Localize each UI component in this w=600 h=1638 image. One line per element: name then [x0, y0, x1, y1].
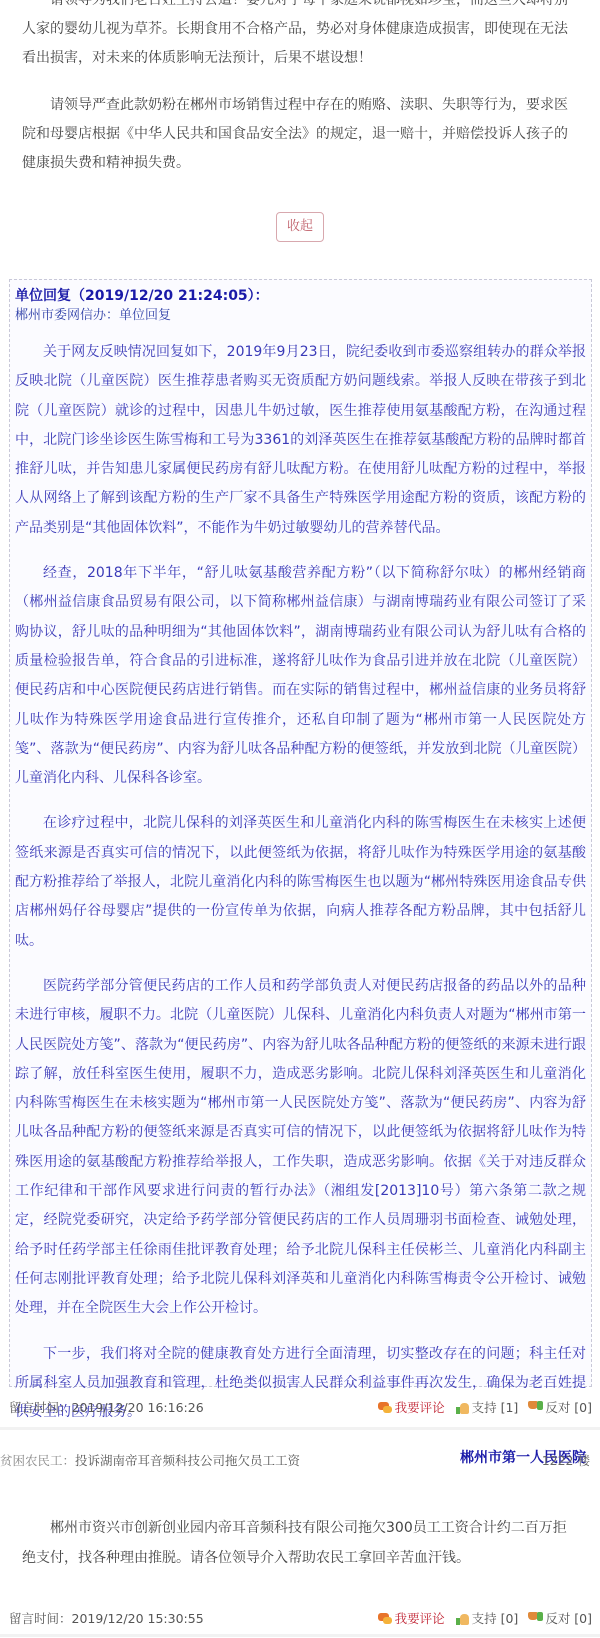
complaint-paragraph: 请领导为我们老百姓主持公道！婴儿对于每个家庭来说都视如珍宝，而这些人却将别人家的… [22, 0, 578, 73]
comment-label: 我要评论 [395, 1609, 445, 1627]
post-actions: 我要评论 支持 [0] 反对 [0] [378, 1609, 592, 1627]
thumbs-down-icon [528, 1612, 543, 1625]
oppose-label: 反对 [0] [545, 1609, 592, 1627]
support-label: 支持 [1] [472, 1398, 519, 1416]
post-divider [0, 1427, 600, 1430]
reply-unit: 郴州市委网信办：单位回复 [15, 306, 586, 326]
reply-header: 单位回复（2019/12/20 21:24:05）： [15, 286, 586, 306]
post-subject[interactable]: 投诉湖南帝耳音频科技公司拖欠员工工资 [75, 1453, 300, 1468]
post-author: 贫困农民工： [0, 1453, 75, 1468]
thumbs-up-icon [455, 1401, 470, 1414]
post-time: 留言时间：2019/12/20 16:16:26 [9, 1398, 204, 1416]
reply-paragraph: 经查，2018年下半年，“舒儿呔氨基酸营养配方粉”（以下简称舒尔呔）的郴州经销商… [15, 559, 586, 793]
support-button[interactable]: 支持 [0] [455, 1609, 519, 1627]
post-title: 贫困农民工：投诉湖南帝耳音频科技公司拖欠员工工资 [0, 1451, 300, 1469]
collapse-button[interactable]: 收起 [276, 212, 324, 242]
post-header: 贫困农民工：投诉湖南帝耳音频科技公司拖欠员工工资 1222 楼 [0, 1448, 600, 1472]
post-body-text: 郴州市资兴市创新创业园内帝耳音频科技有限公司拖欠300员工工资合计约二百万拒绝支… [22, 1514, 578, 1573]
support-label: 支持 [0] [472, 1609, 519, 1627]
post-meta-row: 留言时间：2019/12/20 16:16:26 我要评论 支持 [1] 反对 … [9, 1395, 592, 1419]
oppose-label: 反对 [0] [545, 1398, 592, 1416]
oppose-button[interactable]: 反对 [0] [528, 1609, 592, 1627]
comment-bubble-icon [378, 1401, 393, 1414]
post-divider [0, 1634, 600, 1637]
comment-bubble-icon [378, 1612, 393, 1625]
reply-paragraph: 医院药学部分管便民药店的工作人员和药学部负责人对便民药店报备的药品以外的品种未进… [15, 972, 586, 1324]
post-actions: 我要评论 支持 [1] 反对 [0] [378, 1398, 592, 1416]
post-body: 郴州市资兴市创新创业园内帝耳音频科技有限公司拖欠300员工工资合计约二百万拒绝支… [0, 1514, 600, 1573]
thumbs-down-icon [528, 1401, 543, 1414]
support-button[interactable]: 支持 [1] [455, 1398, 519, 1416]
comment-label: 我要评论 [395, 1398, 445, 1416]
thumbs-up-icon [455, 1612, 470, 1625]
collapse-container: 收起 [0, 212, 600, 242]
official-reply-box: 单位回复（2019/12/20 21:24:05）： 郴州市委网信办：单位回复 … [9, 279, 592, 1387]
post-time: 留言时间：2019/12/20 15:30:55 [9, 1609, 204, 1627]
reply-paragraph: 在诊疗过程中，北院儿保科的刘泽英医生和儿童消化内科的陈雪梅医生在未核实上述便签纸… [15, 809, 586, 955]
post-floor-number: 1222 楼 [542, 1451, 590, 1469]
complaint-paragraph: 请领导严查此款奶粉在郴州市场销售过程中存在的贿赂、渎职、失职等行为，要求医院和母… [22, 91, 578, 178]
comment-button[interactable]: 我要评论 [378, 1398, 445, 1416]
complaint-content: 请领导为我们老百姓主持公道！婴儿对于每个家庭来说都视如珍宝，而这些人却将别人家的… [0, 0, 600, 196]
post-meta-row: 留言时间：2019/12/20 15:30:55 我要评论 支持 [0] 反对 … [9, 1606, 592, 1630]
reply-paragraph: 关于网友反映情况回复如下，2019年9月23日，院纪委收到市委巡察组转办的群众举… [15, 338, 586, 543]
comment-button[interactable]: 我要评论 [378, 1609, 445, 1627]
reply-body: 关于网友反映情况回复如下，2019年9月23日，院纪委收到市委巡察组转办的群众举… [15, 338, 586, 1427]
oppose-button[interactable]: 反对 [0] [528, 1398, 592, 1416]
